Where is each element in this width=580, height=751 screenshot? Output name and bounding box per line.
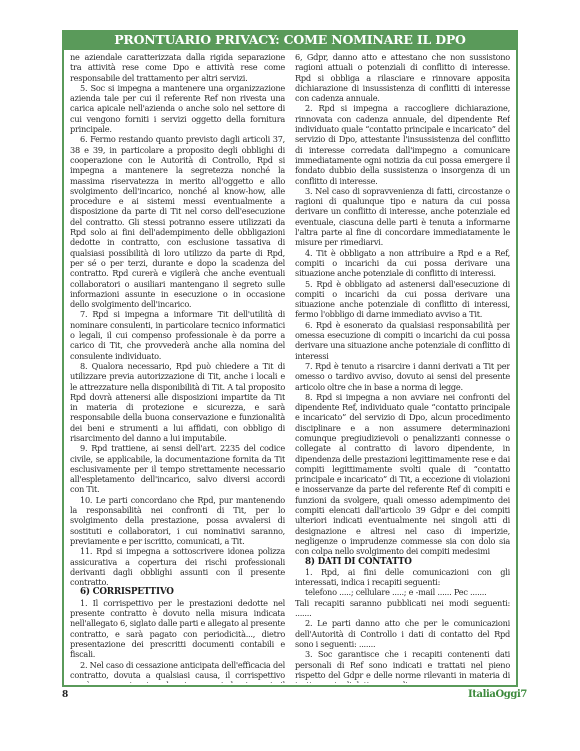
paragraph: 9. Rpd trattiene, ai sensi dell'art. 223… [70, 443, 285, 494]
section-heading: 8) DATI DI CONTATTO [295, 557, 510, 567]
right-column: 6, Gdpr, danno atto e attestano che non … [295, 52, 510, 683]
article-box: PRONTUARIO PRIVACY: COME NOMINARE IL DPO… [62, 30, 518, 687]
paragraph: 8. Qualora necessario, Rpd può chiedere … [70, 361, 285, 443]
paragraph: 6, Gdpr, danno atto e attestano che non … [295, 52, 510, 103]
section-heading: 6) CORRISPETTIVO [70, 587, 285, 597]
paragraph: 7. Rpd si impegna a informare Tit dell'u… [70, 309, 285, 360]
publication-logo: ItaliaOggi7 [468, 689, 527, 700]
paragraph: 4. Tit è obbligato a non attribuire a Rp… [295, 248, 510, 279]
paragraph: 1. Il corrispettivo per le prestazioni d… [70, 598, 285, 660]
page-number: 8 [62, 690, 68, 700]
paragraph: 7. Rpd è tenuto a risarcire i danni deri… [295, 361, 510, 392]
paragraph: 3. Soc garantisce che i recapiti contene… [295, 649, 510, 683]
paragraph: 6. Fermo restando quanto previsto dagli … [70, 134, 285, 309]
paragraph: 3. Nel caso di sopravvenienza di fatti, … [295, 186, 510, 248]
left-column: ne aziendale caratterizzata dalla rigida… [70, 52, 285, 683]
paragraph: 5. Soc si impegna a mantenere una organi… [70, 83, 285, 134]
article-title: PRONTUARIO PRIVACY: COME NOMINARE IL DPO [64, 30, 516, 50]
paragraph: 2. Rpd si impegna a raccogliere dichiara… [295, 103, 510, 185]
paragraph: 2. Le parti danno atto che per le comuni… [295, 618, 510, 649]
paragraph: 1. Rpd, ai fini delle comunicazioni con … [295, 567, 510, 588]
paragraph: Tali recapiti saranno pubblicati nei mod… [295, 598, 510, 619]
paragraph: 10. Le parti concordano che Rpd, pur man… [70, 495, 285, 546]
text-columns: ne aziendale caratterizzata dalla rigida… [70, 52, 510, 683]
paragraph: telefono .....; cellulare .....; e -mail… [295, 587, 510, 597]
paragraph: 6. Rpd è esonerato da qualsiasi responsa… [295, 320, 510, 361]
paragraph: 8. Rpd si impegna a non avviare nei conf… [295, 392, 510, 557]
paragraph: 5. Rpd è obbligato ad astenersi dall'ese… [295, 279, 510, 320]
paragraph: 2. Nel caso di cessazione anticipata del… [70, 660, 285, 683]
paragraph: ne aziendale caratterizzata dalla rigida… [70, 52, 285, 83]
paragraph: 11. Rpd si impegna a sottoscrivere idone… [70, 546, 285, 587]
